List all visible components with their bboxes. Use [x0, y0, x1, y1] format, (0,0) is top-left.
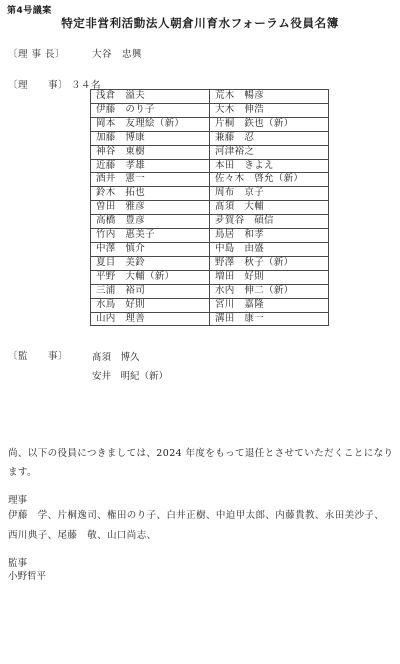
officer-roster-document: { "document": { "case_label": "第4号議案", "…	[0, 0, 400, 664]
directors-table: 浅倉 溢夫荒木 暢彦伊藤 のり子大木 伸浩岡本 友理絵（新）片桐 鉃也（新）加藤…	[90, 89, 329, 326]
auditor-name: 安井 明紀（新）	[92, 367, 168, 386]
table-row: 中澤 慎介中島 由盛	[91, 242, 329, 256]
director-name-cell: 近藤 孝雄	[91, 159, 210, 173]
directors-role-label: 〔理 事〕	[8, 80, 68, 91]
director-name-cell: 溝田 康一	[210, 312, 329, 326]
table-row: 夏目 美鈴野澤 秋子（新）	[91, 256, 329, 270]
table-row: 酒井 憲一佐々木 啓允（新）	[91, 173, 329, 187]
table-row: 浅倉 溢夫荒木 暢彦	[91, 90, 329, 104]
director-name-cell: 増田 好則	[210, 270, 329, 284]
retirement-notice: 尚、以下の役員につきましては、2024 年度をもって退任とさせていただくことにな…	[8, 444, 394, 482]
chairman-line: 〔理 事 長〕 大谷 忠興	[8, 46, 392, 60]
director-name-cell: 加藤 博康	[91, 131, 210, 145]
director-name-cell: 酒井 憲一	[91, 173, 210, 187]
table-row: 加藤 博康兼藤 忍	[91, 131, 329, 145]
chairman-role-label: 〔理 事 長〕	[8, 49, 65, 60]
director-name-cell: 宮川 嘉隆	[210, 298, 329, 312]
director-name-cell: 浅倉 溢夫	[91, 90, 210, 104]
table-row: 曽田 雅彦髙須 大輔	[91, 201, 329, 215]
director-name-cell: 河津裕之	[210, 145, 329, 159]
director-name-cell: 兼藤 忍	[210, 131, 329, 145]
chairman-name: 大谷 忠興	[92, 46, 142, 60]
director-name-cell: 大木 伸浩	[210, 103, 329, 117]
auditors-role-label: 〔監 事〕	[8, 351, 68, 362]
director-name-cell: 佐々木 啓允（新）	[210, 173, 329, 187]
director-name-cell: 夛賀谷 碩信	[210, 215, 329, 229]
director-name-cell: 本田 きよえ	[210, 159, 329, 173]
auditor-name: 髙須 博久	[92, 348, 168, 367]
auditors-names: 髙須 博久 安井 明紀（新）	[92, 348, 168, 386]
table-row: 伊藤 のり子大木 伸浩	[91, 103, 329, 117]
director-name-cell: 竹内 惠美子	[91, 229, 210, 243]
director-name-cell: 鳥居 和孝	[210, 229, 329, 243]
table-row: 三浦 裕司水内 伸二（新）	[91, 284, 329, 298]
table-row: 高橋 豊彦夛賀谷 碩信	[91, 215, 329, 229]
director-name-cell: 平野 大輔（新）	[91, 270, 210, 284]
director-name-cell: 山内 理善	[91, 312, 210, 326]
director-name-cell: 伊藤 のり子	[91, 103, 210, 117]
table-row: 竹内 惠美子鳥居 和孝	[91, 229, 329, 243]
director-name-cell: 岡本 友理絵（新）	[91, 117, 210, 131]
directors-table-body: 浅倉 溢夫荒木 暢彦伊藤 のり子大木 伸浩岡本 友理絵（新）片桐 鉃也（新）加藤…	[91, 90, 329, 326]
director-name-cell: 夏目 美鈴	[91, 256, 210, 270]
retiring-directors-names: 伊藤 学、片桐逸司、権田のり子、白井正樹、中迫甲太郎、内藤貴教、永田美沙子、西川…	[8, 506, 394, 545]
table-row: 鈴木 拓也周布 京子	[91, 187, 329, 201]
auditors-block: 〔監 事〕 髙須 博久 安井 明紀（新）	[8, 348, 392, 362]
page-title: 特定非営利活動法人朝倉川育水フォーラム役員名簿	[0, 15, 400, 31]
director-name-cell: 周布 京子	[210, 187, 329, 201]
table-row: 近藤 孝雄本田 きよえ	[91, 159, 329, 173]
director-name-cell: 野澤 秋子（新）	[210, 256, 329, 270]
table-row: 神谷 東樹河津裕之	[91, 145, 329, 159]
director-name-cell: 神谷 東樹	[91, 145, 210, 159]
director-name-cell: 片桐 鉃也（新）	[210, 117, 329, 131]
retiring-auditors-heading: 監事	[8, 555, 27, 569]
director-name-cell: 中島 由盛	[210, 242, 329, 256]
director-name-cell: 鈴木 拓也	[91, 187, 210, 201]
director-name-cell: 水内 伸二（新）	[210, 284, 329, 298]
table-row: 水鳥 好則宮川 嘉隆	[91, 298, 329, 312]
table-row: 山内 理善溝田 康一	[91, 312, 329, 326]
director-name-cell: 荒木 暢彦	[210, 90, 329, 104]
director-name-cell: 中澤 慎介	[91, 242, 210, 256]
table-row: 平野 大輔（新）増田 好則	[91, 270, 329, 284]
table-row: 岡本 友理絵（新）片桐 鉃也（新）	[91, 117, 329, 131]
retiring-directors-heading: 理事	[8, 492, 27, 506]
retiring-auditors-names: 小野哲平	[8, 568, 46, 582]
director-name-cell: 水鳥 好則	[91, 298, 210, 312]
director-name-cell: 三浦 裕司	[91, 284, 210, 298]
director-name-cell: 曽田 雅彦	[91, 201, 210, 215]
director-name-cell: 髙須 大輔	[210, 201, 329, 215]
director-name-cell: 高橋 豊彦	[91, 215, 210, 229]
